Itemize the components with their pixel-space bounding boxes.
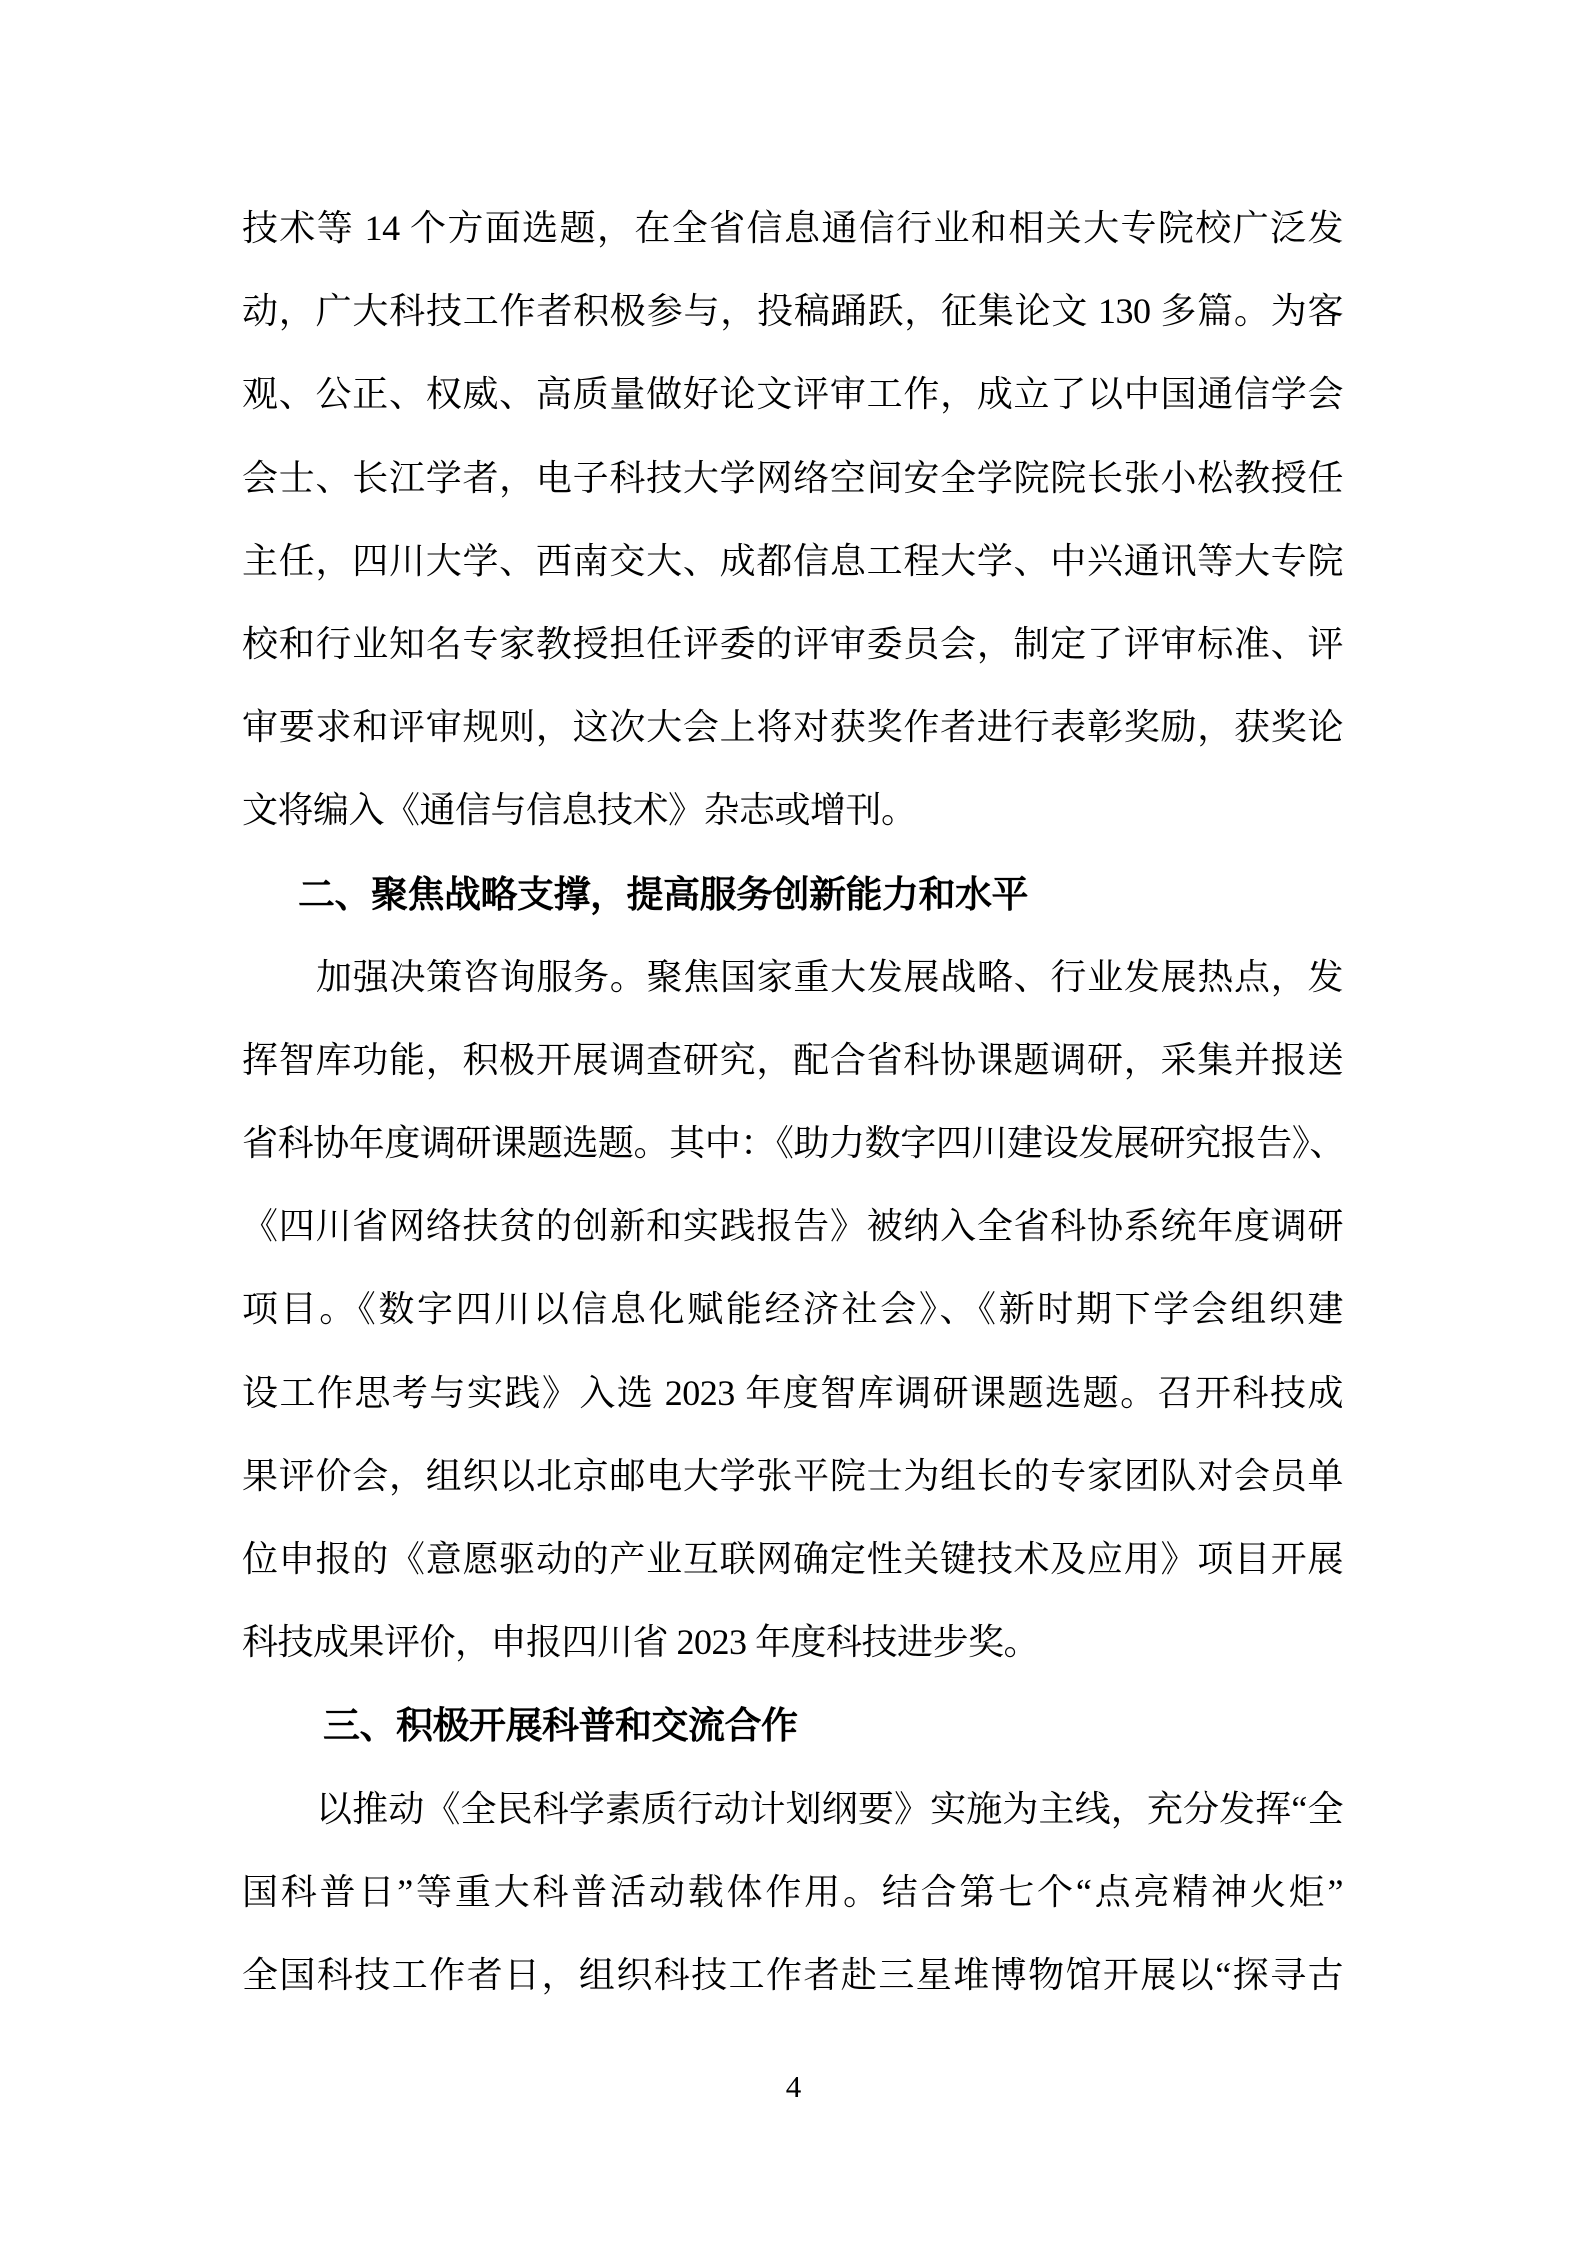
text-line: 以推动《全民科学素质行动计划纲要》实施为主线，充分发挥“全 <box>242 1768 1343 1851</box>
text-line: 观、公正、权威、高质量做好论文评审工作，成立了以中国通信学会 <box>242 353 1343 436</box>
text-line: 果评价会，组织以北京邮电大学张平院士为组长的专家团队对会员单 <box>242 1435 1343 1518</box>
text-line: 位申报的《意愿驱动的产业互联网确定性关键技术及应用》项目开展 <box>242 1518 1343 1601</box>
text-line: 文将编入《通信与信息技术》杂志或增刊。 <box>242 769 1343 852</box>
text-line: 科技成果评价，申报四川省 2023 年度科技进步奖。 <box>242 1601 1343 1684</box>
text-line: 全国科技工作者日，组织科技工作者赴三星堆博物馆开展以“探寻古 <box>242 1934 1343 2017</box>
text-line: 国科普日”等重大科普活动载体作用。结合第七个“点亮精神火炬” <box>242 1851 1343 1934</box>
text-line: 校和行业知名专家教授担任评委的评审委员会，制定了评审标准、评 <box>242 603 1343 686</box>
document-page: 技术等 14 个方面选题，在全省信息通信行业和相关大专院校广泛发 动，广大科技工… <box>0 0 1587 2245</box>
text-line: 审要求和评审规则，这次大会上将对获奖作者进行表彰奖励，获奖论 <box>242 686 1343 769</box>
section-heading-3: 三、积极开展科普和交流合作 <box>242 1684 1343 1767</box>
text-line: 省科协年度调研课题选题。其中：《助力数字四川建设发展研究报告》、 <box>242 1102 1343 1185</box>
text-line: 加强决策咨询服务。聚焦国家重大发展战略、行业发展热点，发 <box>242 936 1343 1019</box>
text-line: 挥智库功能，积极开展调查研究，配合省科协课题调研，采集并报送 <box>242 1019 1343 1102</box>
text-line: 设工作思考与实践》入选 2023 年度智库调研课题选题。召开科技成 <box>242 1352 1343 1435</box>
document-body: 技术等 14 个方面选题，在全省信息通信行业和相关大专院校广泛发 动，广大科技工… <box>242 187 1343 2017</box>
text-line: 《四川省网络扶贫的创新和实践报告》被纳入全省科协系统年度调研 <box>242 1185 1343 1268</box>
section-heading-2: 二、聚焦战略支撑，提高服务创新能力和水平 <box>242 853 1343 936</box>
text-line: 项目。《数字四川以信息化赋能经济社会》、《新时期下学会组织建 <box>242 1268 1343 1351</box>
text-line: 会士、长江学者，电子科技大学网络空间安全学院院长张小松教授任 <box>242 437 1343 520</box>
page-number: 4 <box>0 2062 1587 2112</box>
text-line: 技术等 14 个方面选题，在全省信息通信行业和相关大专院校广泛发 <box>242 187 1343 270</box>
text-line: 动，广大科技工作者积极参与，投稿踊跃，征集论文 130 多篇。为客 <box>242 270 1343 353</box>
text-line: 主任，四川大学、西南交大、成都信息工程大学、中兴通讯等大专院 <box>242 520 1343 603</box>
